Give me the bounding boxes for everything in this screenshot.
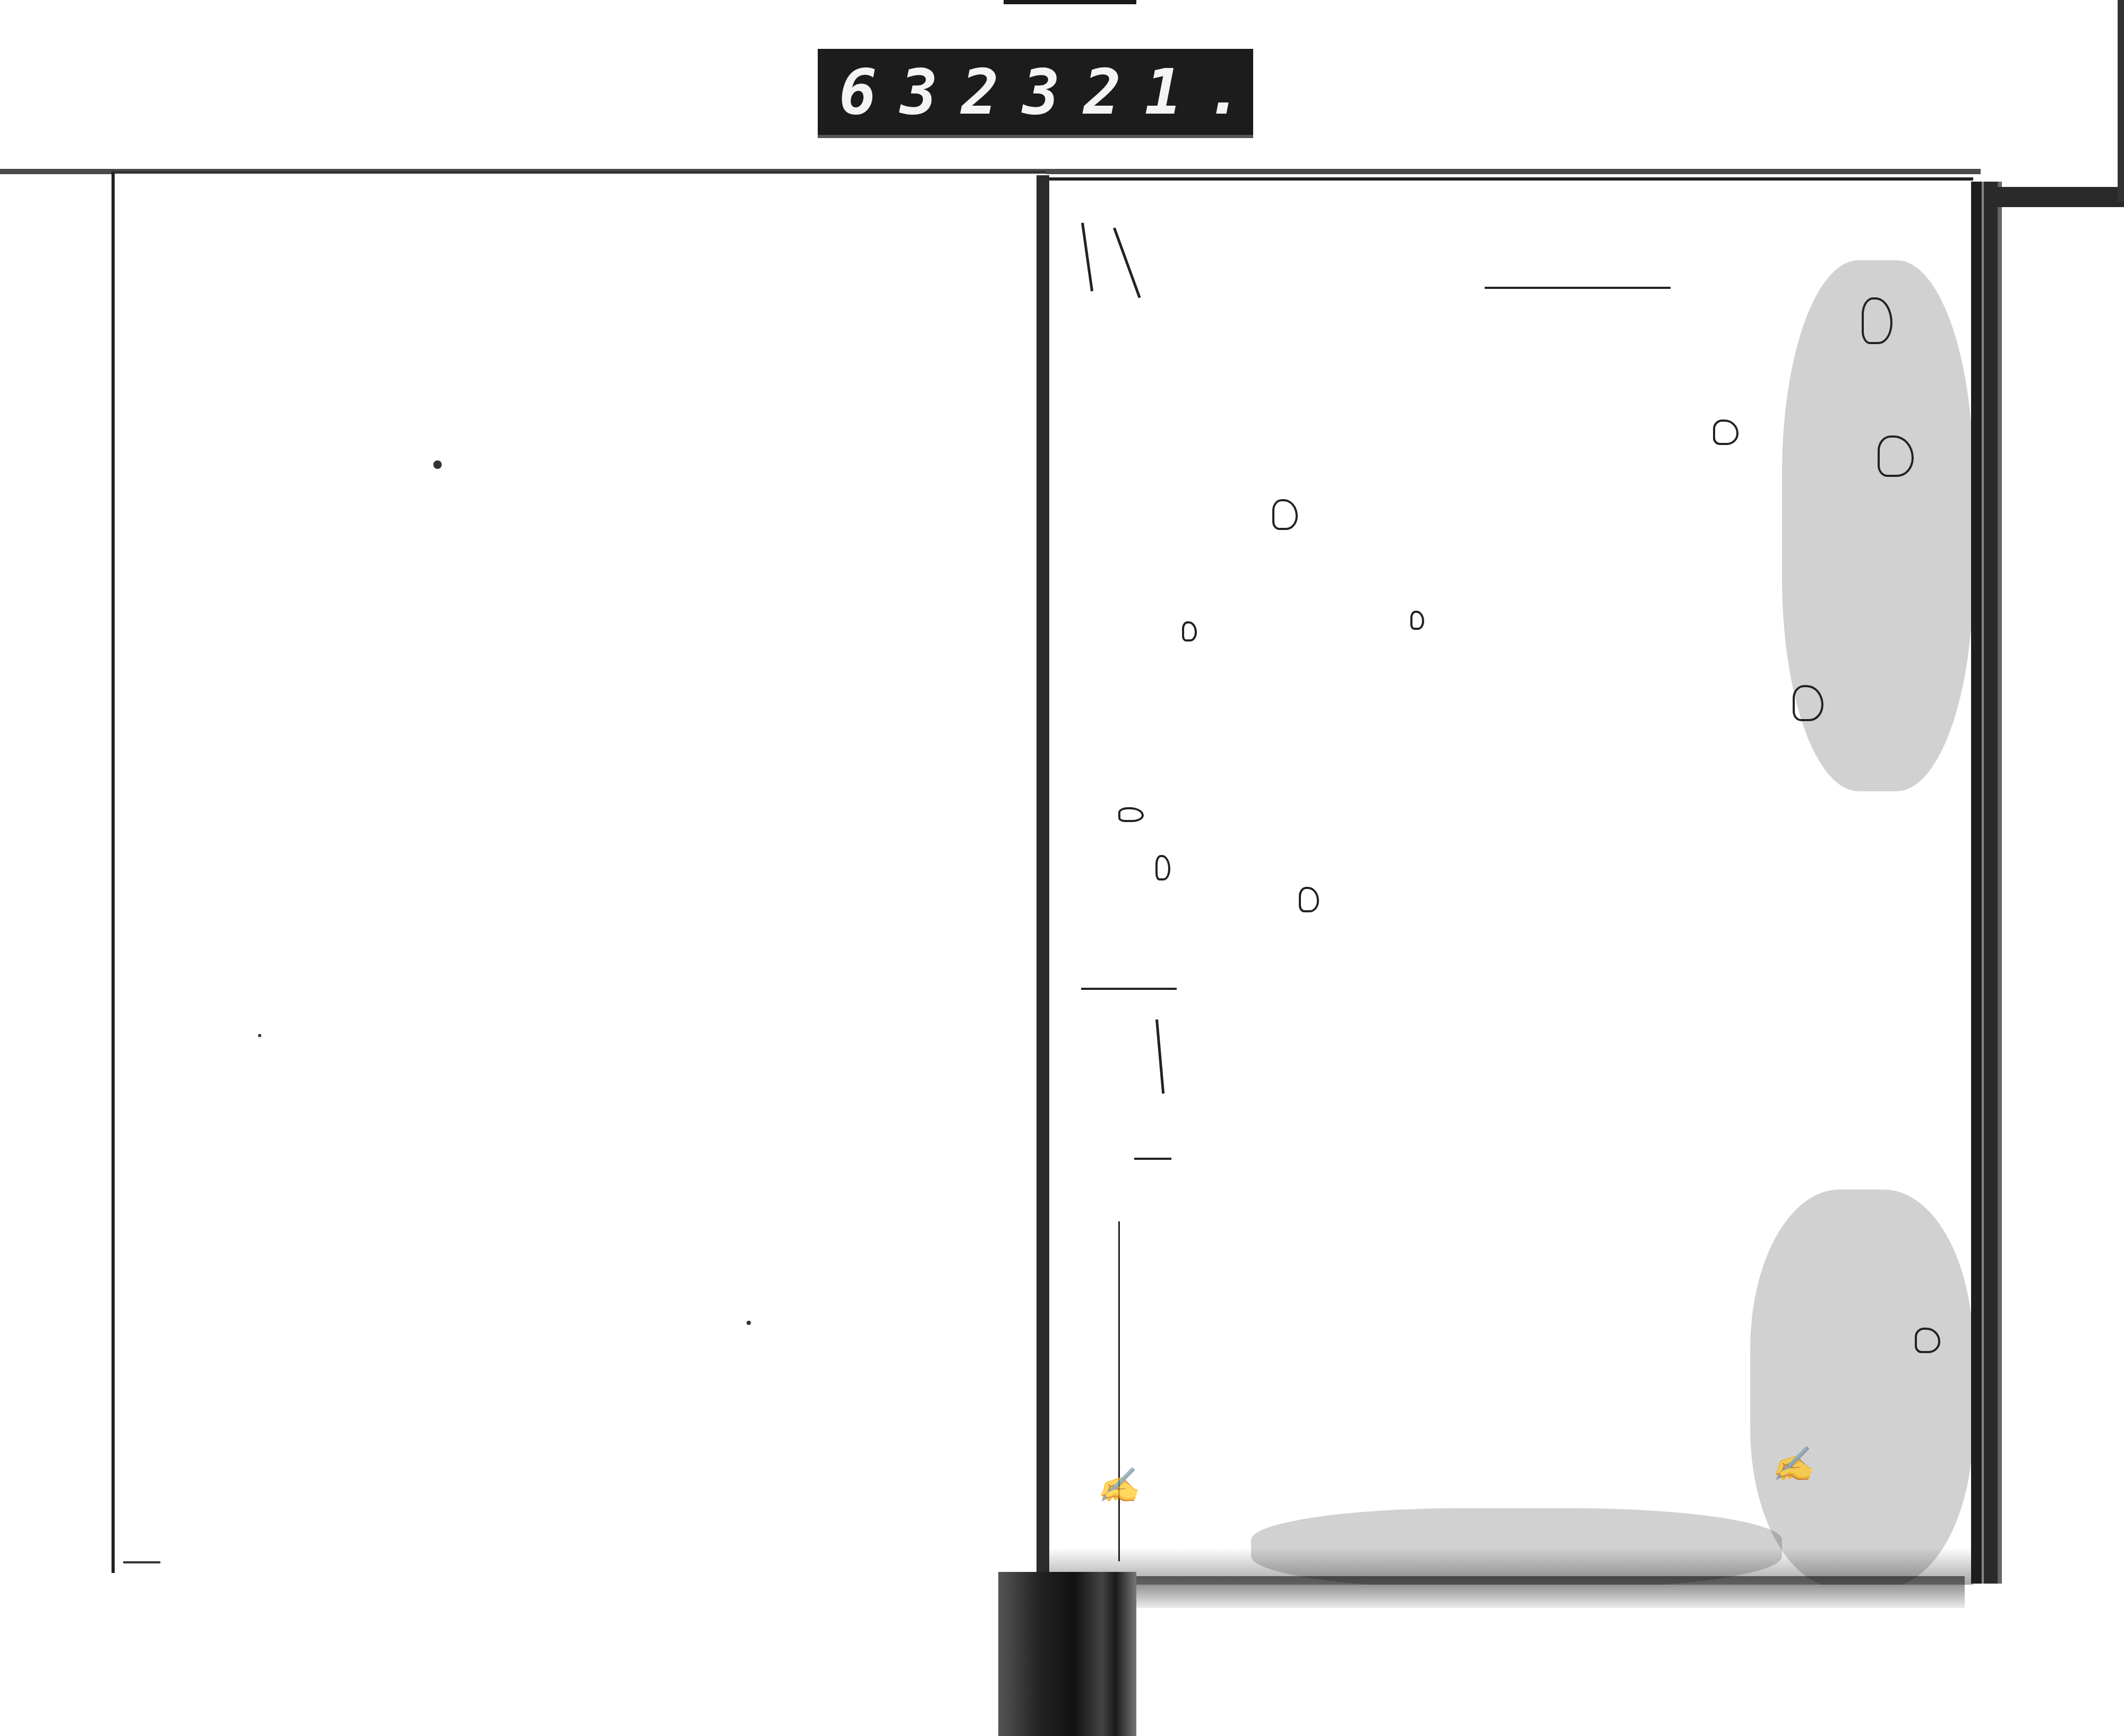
frame-label-left-number: 632 bbox=[839, 55, 1022, 129]
handwritten-stroke bbox=[1113, 227, 1141, 298]
frame-label-right-number: 321. bbox=[1022, 55, 1266, 129]
ink-blot bbox=[1299, 887, 1319, 912]
book-cover-edge bbox=[1997, 187, 2124, 207]
handwritten-stroke bbox=[1118, 1221, 1120, 1561]
ink-blot bbox=[1182, 621, 1197, 642]
ink-blot bbox=[1915, 1328, 1940, 1353]
page-shadow bbox=[1136, 1576, 1965, 1608]
page-stain bbox=[1750, 1190, 1973, 1585]
page-edge-mark bbox=[123, 1561, 160, 1563]
right-page: ✍ ✍ bbox=[1049, 177, 1973, 1585]
handwritten-stroke bbox=[1134, 1158, 1171, 1160]
page-speck bbox=[258, 1034, 261, 1037]
left-page bbox=[112, 171, 1046, 1573]
frame-number-label: 632 321. bbox=[818, 49, 1253, 138]
book-gutter bbox=[1037, 175, 1049, 1577]
top-film-artifact bbox=[1004, 0, 1136, 4]
ink-blot bbox=[1155, 855, 1170, 880]
marginalia-bottom-left: ✍ bbox=[1097, 1466, 1140, 1506]
ink-blot bbox=[1118, 807, 1144, 822]
book-spine bbox=[998, 1572, 1136, 1736]
page-speck bbox=[747, 1321, 751, 1325]
ink-blot bbox=[1272, 499, 1298, 530]
book-fore-edge bbox=[1971, 182, 2002, 1584]
handwritten-stroke bbox=[1485, 287, 1671, 289]
ink-blot bbox=[1713, 420, 1738, 445]
handwritten-stroke bbox=[1081, 223, 1093, 291]
handwritten-stroke bbox=[1155, 1020, 1164, 1094]
book-cover-edge bbox=[2118, 0, 2124, 202]
page-speck bbox=[433, 460, 442, 469]
handwritten-stroke bbox=[1081, 988, 1177, 990]
marginalia-bottom-right: ✍ bbox=[1771, 1444, 1814, 1484]
ink-blot bbox=[1410, 611, 1424, 630]
